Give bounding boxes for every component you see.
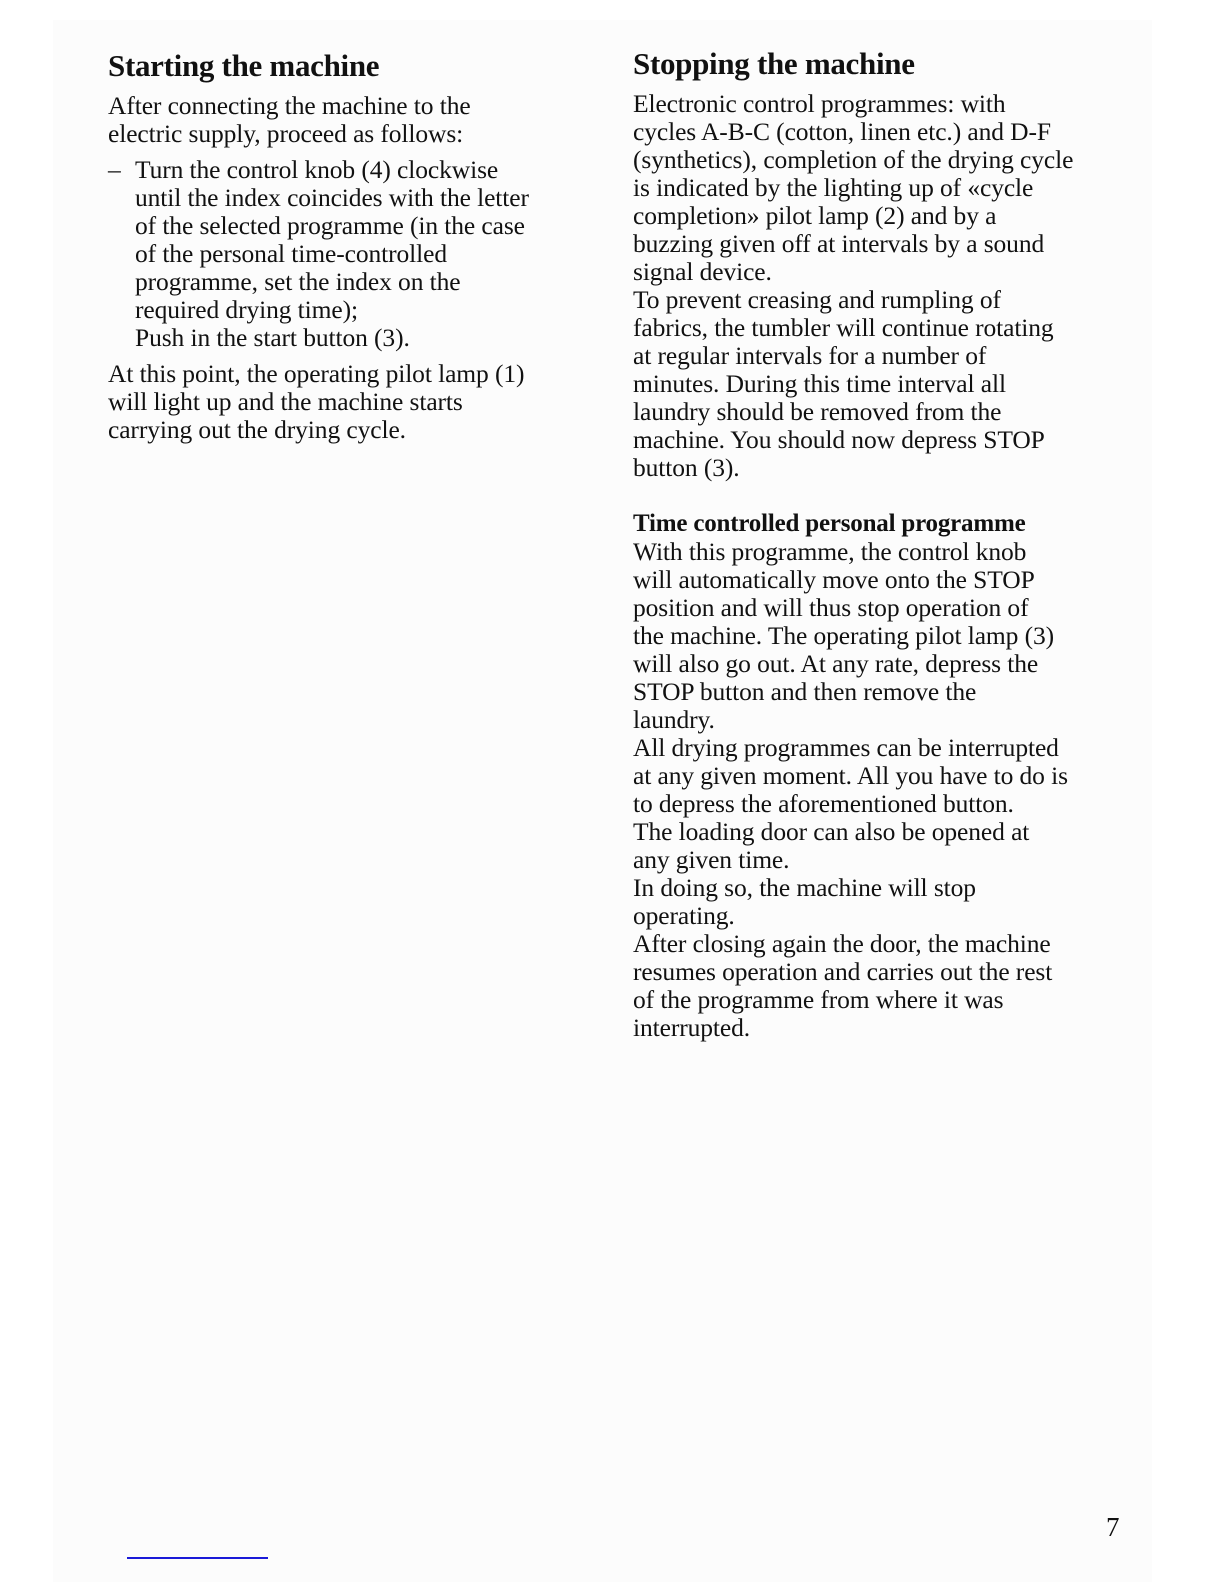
- subheading-time-controlled: Time controlled personal programme: [633, 510, 1133, 538]
- left-column: Starting the machine After connecting th…: [108, 46, 598, 444]
- paragraph-prevent-creasing: To prevent creasing and rumpling of fabr…: [633, 286, 1133, 482]
- paragraph-interrupt: All drying programmes can be interrupted…: [633, 734, 1133, 818]
- paragraph-stop-operating: In doing so, the machine will stop opera…: [633, 874, 1133, 930]
- section-heading-stopping: Stopping the machine: [633, 44, 1133, 84]
- paragraph-time-controlled: With this programme, the control knob wi…: [633, 538, 1133, 734]
- page-number: 7: [1106, 1512, 1120, 1542]
- intro-paragraph: After connecting the machine to the elec…: [108, 92, 598, 148]
- right-column: Stopping the machine Electronic control …: [633, 44, 1133, 1042]
- paragraph-electronic-control: Electronic control programmes: with cycl…: [633, 90, 1133, 286]
- dash-bullet-icon: –: [108, 156, 135, 352]
- instruction-bullet: – Turn the control knob (4) clockwise un…: [108, 156, 598, 352]
- bullet-text: Turn the control knob (4) clockwise unti…: [135, 156, 598, 352]
- footnote-rule: [127, 1557, 268, 1559]
- paragraph-resume: After closing again the door, the machin…: [633, 930, 1133, 1042]
- paragraph-loading-door: The loading door can also be opened at a…: [633, 818, 1133, 874]
- closing-paragraph: At this point, the operating pilot lamp …: [108, 360, 598, 444]
- section-heading-starting: Starting the machine: [108, 46, 598, 86]
